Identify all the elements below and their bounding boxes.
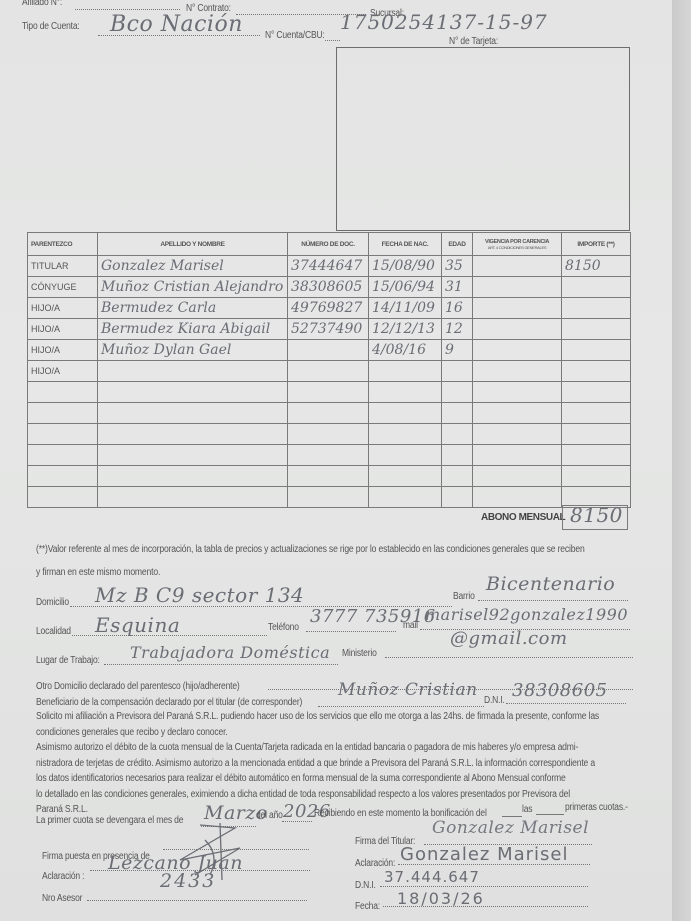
barrio-field[interactable] (478, 600, 628, 601)
ministerio-label: Ministerio (342, 648, 377, 659)
telefono-field[interactable] (306, 631, 396, 632)
tipo-cuenta-value: Bco Nación (110, 12, 243, 37)
cell-importe[interactable] (562, 424, 631, 445)
cell-vigencia[interactable] (473, 487, 562, 508)
table-row (28, 424, 631, 445)
asesor-label: Nro Asesor (42, 893, 82, 904)
cell-edad[interactable]: 16 (442, 298, 473, 319)
col-fecha: FECHA DE NAC. (369, 233, 442, 256)
otro-domicilio-label: Otro Domicilio declarado del parentesco … (36, 681, 240, 692)
mail-label: mail (403, 620, 418, 631)
table-row: HIJO/ABermudez Kiara Abigail5273749012/1… (28, 319, 631, 340)
cell-nombre[interactable] (98, 361, 288, 382)
cell-edad[interactable] (442, 487, 473, 508)
cell-edad[interactable] (442, 403, 473, 424)
col-doc: NÚMERO DE DOC. (288, 233, 369, 256)
cell-parentezco[interactable]: HIJO/A (28, 340, 98, 361)
cuenta-cbu-label: N° Cuenta/CBU: (265, 30, 325, 41)
cell-importe[interactable] (562, 445, 631, 466)
ministerio-field[interactable] (385, 657, 633, 658)
cell-vigencia[interactable] (473, 403, 562, 424)
titular-dni-label: D.N.I. (355, 880, 376, 891)
legal-line: nistradora de terjetas de crédito. Asimi… (36, 758, 595, 769)
note-line-1: (**)Valor referente al mes de incorporac… (36, 544, 585, 555)
legal-line: los datos identificatorios necesarios pa… (36, 773, 566, 784)
beneficiario-field[interactable] (318, 706, 484, 707)
membership-form-page: Afiliado N°: N° Contrato: Sucursal: Tipo… (0, 0, 672, 921)
trabajo-label: Lugar de Trabajo: (36, 655, 100, 666)
col-nombre: APELLIDO Y NOMBRE (98, 233, 288, 256)
abono-mensual-value: 8150 (570, 503, 623, 527)
primeras-cuotas-label: primeras cuotas.- (565, 802, 628, 813)
cell-doc[interactable]: 52737490 (288, 319, 369, 340)
cell-nombre[interactable] (98, 466, 288, 487)
cell-doc[interactable] (288, 487, 369, 508)
cell-importe[interactable] (562, 361, 631, 382)
cell-vigencia[interactable] (473, 277, 562, 298)
cell-fecha[interactable] (369, 487, 442, 508)
presencia-field[interactable] (163, 849, 309, 850)
cell-doc[interactable] (288, 466, 369, 487)
beneficiario-dni-value: 38308605 (512, 680, 608, 701)
trabajo-field[interactable] (104, 664, 338, 665)
cell-doc[interactable] (288, 340, 369, 361)
cell-nombre[interactable]: Bermudez Carla (98, 298, 288, 319)
bonificacion-field[interactable] (502, 816, 522, 817)
cell-vigencia[interactable] (473, 361, 562, 382)
abono-mensual-label: ABONO MENSUAL (481, 512, 565, 523)
cell-doc[interactable]: 38308605 (288, 277, 369, 298)
cell-parentezco[interactable] (28, 403, 98, 424)
cell-edad[interactable]: 12 (442, 319, 473, 340)
table-row: CÓNYUGEMuñoz Cristian Alejandro383086051… (28, 277, 631, 298)
legal-line: lo detallado en las condiciones generale… (36, 789, 570, 800)
trabajo-value: Trabajadora Doméstica (130, 643, 330, 662)
cell-fecha[interactable] (369, 445, 442, 466)
cell-fecha[interactable]: 12/12/13 (369, 319, 442, 340)
cell-importe[interactable] (562, 319, 631, 340)
table-row (28, 466, 631, 487)
mail-value-line-1: marisel92gonzalez1990 (425, 605, 628, 624)
cell-nombre[interactable] (98, 403, 288, 424)
cell-doc[interactable] (288, 403, 369, 424)
cell-doc[interactable] (288, 382, 369, 403)
cell-vigencia[interactable] (473, 424, 562, 445)
cell-parentezco[interactable]: HIJO/A (28, 361, 98, 382)
aclaracion-left-label: Aclaración : (42, 871, 84, 882)
cell-vigencia[interactable] (473, 340, 562, 361)
cell-nombre[interactable]: Gonzalez Marisel (98, 256, 288, 277)
asesor-field[interactable] (87, 900, 307, 901)
cell-edad[interactable] (442, 424, 473, 445)
tipo-cuenta-label: Tipo de Cuenta: (22, 21, 80, 32)
cell-fecha[interactable]: 15/06/94 (369, 277, 442, 298)
cell-nombre[interactable]: Muñoz Dylan Gael (98, 340, 288, 361)
cell-parentezco[interactable]: HIJO/A (28, 298, 98, 319)
cell-importe[interactable] (562, 340, 631, 361)
cell-nombre[interactable]: Bermudez Kiara Abigail (98, 319, 288, 340)
beneficiario-label: Beneficiario de la compensación declarad… (36, 697, 302, 708)
cell-parentezco[interactable]: CÓNYUGE (28, 277, 98, 298)
table-row: HIJO/AMuñoz Dylan Gael4/08/169 (28, 340, 631, 361)
cell-importe[interactable] (562, 403, 631, 424)
afiliado-field[interactable] (75, 9, 180, 10)
cell-importe[interactable]: 8150 (562, 256, 631, 277)
col-parentezco: PARENTEZCO (28, 233, 98, 256)
cell-nombre[interactable] (98, 382, 288, 403)
cell-parentezco[interactable] (28, 382, 98, 403)
fecha-label: Fecha: (355, 901, 380, 912)
tarjeta-label: N° de Tarjeta: (449, 36, 498, 47)
col-vigencia: VIGENCIA POR CARENCIAART. 4 CONDICIONES … (473, 233, 562, 256)
asesor-value: 2433 (160, 870, 216, 892)
table-row: HIJO/A (28, 361, 631, 382)
titular-signature: Gonzalez Marisel (432, 818, 589, 838)
cell-importe[interactable] (562, 277, 631, 298)
col-edad: EDAD (442, 233, 473, 256)
cell-parentezco[interactable] (28, 466, 98, 487)
localidad-value: Esquina (95, 613, 180, 637)
cell-parentezco[interactable] (28, 487, 98, 508)
fecha-value: 18/03/26 (397, 889, 485, 908)
cell-doc[interactable]: 37444647 (288, 256, 369, 277)
legal-line: Solicito mi afiliación a Previsora del P… (36, 711, 599, 722)
cell-fecha[interactable] (369, 361, 442, 382)
cell-fecha[interactable]: 15/08/90 (369, 256, 442, 277)
legal-line: condiciones generales que recibo y decla… (36, 727, 228, 738)
cell-doc[interactable]: 49769827 (288, 298, 369, 319)
cuotas-field[interactable] (536, 814, 564, 815)
localidad-label: Localidad (36, 626, 71, 637)
beneficiario-dni-label: D.N.I. (484, 695, 505, 706)
cell-fecha[interactable] (369, 403, 442, 424)
cell-nombre[interactable] (98, 424, 288, 445)
cell-fecha[interactable]: 4/08/16 (369, 340, 442, 361)
las-label: las (522, 804, 532, 815)
cell-edad[interactable] (442, 382, 473, 403)
cell-doc[interactable] (288, 424, 369, 445)
cell-vigencia[interactable] (473, 466, 562, 487)
table-row (28, 487, 631, 508)
table-row (28, 445, 631, 466)
col-importe: IMPORTE (**) (562, 233, 631, 256)
cell-importe[interactable] (562, 298, 631, 319)
cell-fecha[interactable] (369, 382, 442, 403)
cell-doc[interactable] (288, 445, 369, 466)
cell-importe[interactable] (562, 466, 631, 487)
mail-value-line-2: @gmail.com (450, 628, 568, 649)
telefono-label: Teléfono (268, 622, 299, 633)
cell-edad[interactable]: 31 (442, 277, 473, 298)
page-edge (672, 0, 691, 921)
table-row: HIJO/ABermudez Carla4976982714/11/0916 (28, 298, 631, 319)
titular-dni-field[interactable] (380, 886, 588, 887)
cell-edad[interactable]: 9 (442, 340, 473, 361)
aclaracion-right-value: Gonzalez Marisel (400, 844, 569, 865)
legal-line: Paraná S.R.L. (36, 804, 88, 815)
beneficiario-value: Muñoz Cristian (338, 680, 478, 700)
barrio-value: Bicentenario (486, 573, 615, 595)
cell-fecha[interactable]: 14/11/09 (369, 298, 442, 319)
cell-edad[interactable] (442, 445, 473, 466)
table-header-row: PARENTEZCO APELLIDO Y NOMBRE NÚMERO DE D… (28, 233, 631, 256)
cell-vigencia[interactable] (473, 382, 562, 403)
cell-importe[interactable] (562, 382, 631, 403)
titular-dni-value: 37.444.647 (384, 868, 480, 886)
barrio-label: Barrio (453, 591, 475, 602)
cell-parentezco[interactable]: TITULAR (28, 256, 98, 277)
beneficiario-dni-field[interactable] (506, 703, 626, 704)
cuenta-cbu-field[interactable] (325, 40, 340, 41)
cell-fecha[interactable] (369, 466, 442, 487)
legal-line: Asimismo autorizo el débito de la cuota … (36, 742, 578, 753)
cell-fecha[interactable] (369, 424, 442, 445)
cell-vigencia[interactable] (473, 445, 562, 466)
afiliado-label: Afiliado N°: (22, 0, 62, 8)
members-table: PARENTEZCO APELLIDO Y NOMBRE NÚMERO DE D… (27, 232, 631, 508)
cell-nombre[interactable] (98, 445, 288, 466)
cell-vigencia[interactable] (473, 298, 562, 319)
cell-vigencia[interactable] (473, 256, 562, 277)
table-row (28, 382, 631, 403)
domicilio-label: Domicilio (36, 597, 69, 608)
cell-vigencia[interactable] (473, 319, 562, 340)
cell-doc[interactable] (288, 361, 369, 382)
cuenta-cbu-value: 1750254137-15-97 (340, 10, 548, 34)
cell-parentezco[interactable] (28, 424, 98, 445)
domicilio-value: Mz B C9 sector 134 (95, 583, 304, 607)
note-line-2: y firman en este mismo momento. (36, 567, 160, 578)
table-row (28, 403, 631, 424)
cell-nombre[interactable]: Muñoz Cristian Alejandro (98, 277, 288, 298)
photo-box (336, 47, 630, 231)
cell-edad[interactable] (442, 361, 473, 382)
cell-edad[interactable]: 35 (442, 256, 473, 277)
table-row: TITULARGonzalez Marisel3744464715/08/903… (28, 256, 631, 277)
cell-parentezco[interactable]: HIJO/A (28, 319, 98, 340)
cell-parentezco[interactable] (28, 445, 98, 466)
cell-edad[interactable] (442, 466, 473, 487)
cell-nombre[interactable] (98, 487, 288, 508)
